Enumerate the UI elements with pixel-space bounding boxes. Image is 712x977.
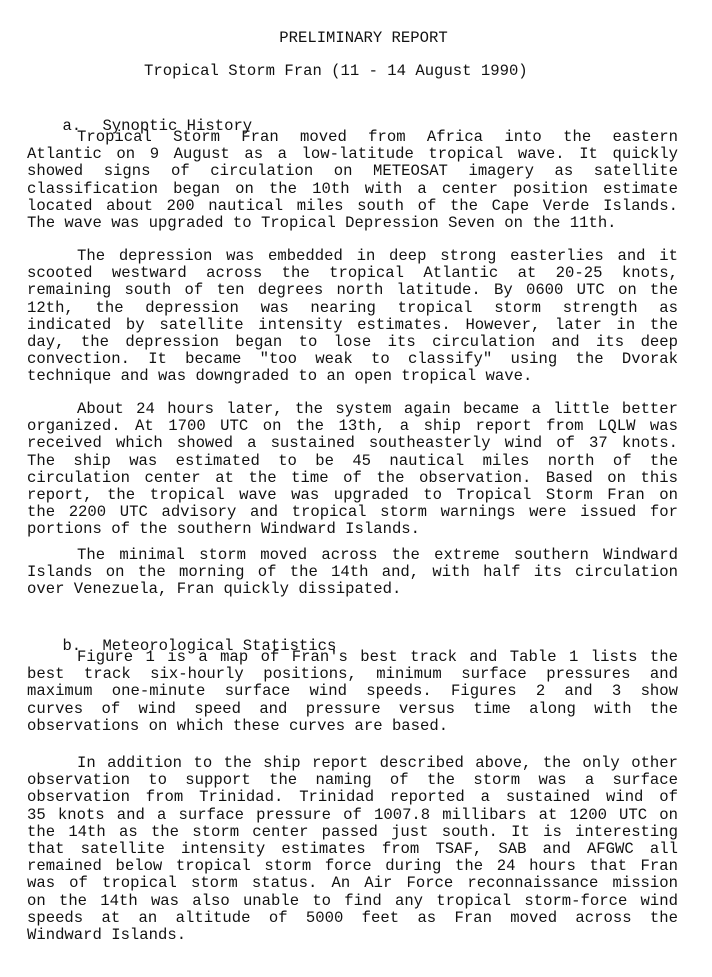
report-subtitle: Tropical Storm Fran (11 - 14 August 1990… xyxy=(144,62,528,80)
text-line: The ship was estimated to be 45 nautical… xyxy=(27,453,678,470)
text-line: scooted westward across the tropical Atl… xyxy=(27,265,678,282)
text-line: Windward Islands. xyxy=(27,927,678,944)
text-line: In addition to the ship report described… xyxy=(27,755,678,772)
text-line: on the 14th was also unable to find any … xyxy=(27,893,678,910)
text-line: showed signs of circulation on METEOSAT … xyxy=(27,163,678,180)
text-line: over Venezuela, Fran quickly dissipated. xyxy=(27,581,678,598)
text-line: The minimal storm moved across the extre… xyxy=(27,547,678,564)
document-page: PRELIMINARY REPORT Tropical Storm Fran (… xyxy=(0,0,712,977)
text-line: located about 200 nautical miles south o… xyxy=(27,198,678,215)
paragraph: The minimal storm moved across the extre… xyxy=(27,547,678,599)
report-title: PRELIMINARY REPORT xyxy=(0,29,712,47)
paragraph: In addition to the ship report described… xyxy=(27,755,678,944)
text-line: 35 knots and a surface pressure of 1007.… xyxy=(27,807,678,824)
paragraph: About 24 hours later, the system again b… xyxy=(27,401,678,539)
text-line: remaining south of ten degrees north lat… xyxy=(27,282,678,299)
paragraph: Figure 1 is a map of Fran's best track a… xyxy=(27,649,678,735)
text-line: remained below tropical storm force duri… xyxy=(27,858,678,875)
text-line: indicated by satellite intensity estimat… xyxy=(27,317,678,334)
text-line: was of tropical storm status. An Air For… xyxy=(27,875,678,892)
text-line: observation to support the naming of the… xyxy=(27,772,678,789)
paragraph: Tropical Storm Fran moved from Africa in… xyxy=(27,129,678,232)
text-line: Atlantic on 9 August as a low-latitude t… xyxy=(27,146,678,163)
text-line: About 24 hours later, the system again b… xyxy=(27,401,678,418)
paragraph: The depression was embedded in deep stro… xyxy=(27,248,678,386)
text-line: Tropical Storm Fran moved from Africa in… xyxy=(27,129,678,146)
text-line: The wave was upgraded to Tropical Depres… xyxy=(27,215,678,232)
text-line: report, the tropical wave was upgraded t… xyxy=(27,487,678,504)
text-line: best track six-hourly positions, minimum… xyxy=(27,666,678,683)
text-line: The depression was embedded in deep stro… xyxy=(27,248,678,265)
text-line: that satellite intensity estimates from … xyxy=(27,841,678,858)
text-line: maximum one-minute surface wind speeds. … xyxy=(27,683,678,700)
text-line: circulation center at the time of the ob… xyxy=(27,470,678,487)
text-line: organized. At 1700 UTC on the 13th, a sh… xyxy=(27,418,678,435)
text-line: Figure 1 is a map of Fran's best track a… xyxy=(27,649,678,666)
text-line: received which showed a sustained southe… xyxy=(27,435,678,452)
text-line: the 2200 UTC advisory and tropical storm… xyxy=(27,504,678,521)
text-line: curves of wind speed and pressure versus… xyxy=(27,701,678,718)
text-line: observation from Trinidad. Trinidad repo… xyxy=(27,789,678,806)
text-line: technique and was downgraded to an open … xyxy=(27,368,678,385)
text-line: classification began on the 10th with a … xyxy=(27,181,678,198)
text-line: portions of the southern Windward Island… xyxy=(27,521,678,538)
text-line: the 14th as the storm center passed just… xyxy=(27,824,678,841)
text-line: convection. It became "too weak to class… xyxy=(27,351,678,368)
text-line: speeds at an altitude of 5000 feet as Fr… xyxy=(27,910,678,927)
text-line: observations on which these curves are b… xyxy=(27,718,678,735)
text-line: Islands on the morning of the 14th and, … xyxy=(27,564,678,581)
text-line: 12th, the depression was nearing tropica… xyxy=(27,300,678,317)
text-line: day, the depression began to lose its ci… xyxy=(27,334,678,351)
